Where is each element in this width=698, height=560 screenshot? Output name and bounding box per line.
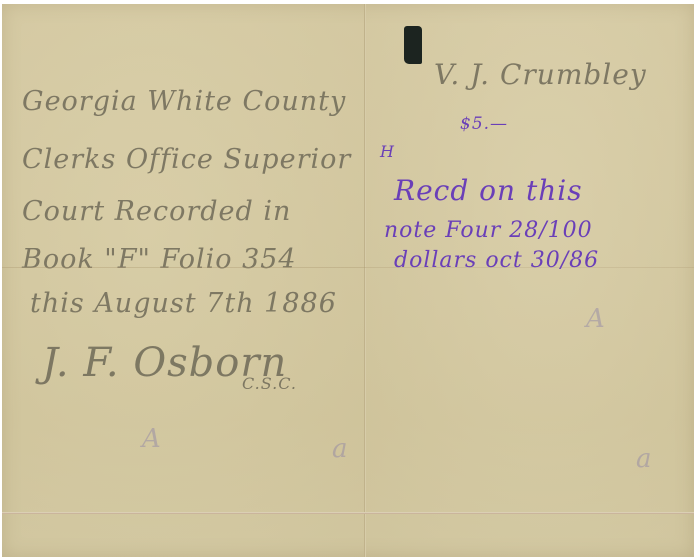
- bottom-fold: [2, 512, 694, 514]
- receipt-line-2: note Four 28/100: [384, 218, 593, 243]
- payee-name: V. J. Crumbley: [434, 58, 647, 91]
- receipt-line-1: Recd on this: [394, 174, 583, 207]
- document-paper: Georgia White County Clerks Office Super…: [2, 4, 694, 557]
- receipt-line-3: dollars oct 30/86: [394, 248, 599, 273]
- recording-line-3: Court Recorded in: [22, 196, 291, 227]
- margin-mark: H: [380, 142, 395, 161]
- torn-hole: [404, 26, 422, 64]
- bleed-through-mark: a: [332, 434, 348, 464]
- recording-line-5: this August 7th 1886: [30, 288, 337, 319]
- recording-line-2: Clerks Office Superior: [22, 144, 351, 175]
- recording-line-1: Georgia White County: [22, 86, 346, 117]
- amount-mark: $5.—: [460, 114, 508, 134]
- recording-line-4: Book "F" Folio 354: [22, 244, 297, 275]
- bleed-through-mark: A: [586, 304, 605, 334]
- bleed-through-mark: a: [636, 444, 652, 474]
- bleed-through-mark: A: [142, 424, 161, 454]
- clerk-title: C.S.C.: [242, 374, 297, 393]
- left-page: Georgia White County Clerks Office Super…: [2, 4, 364, 557]
